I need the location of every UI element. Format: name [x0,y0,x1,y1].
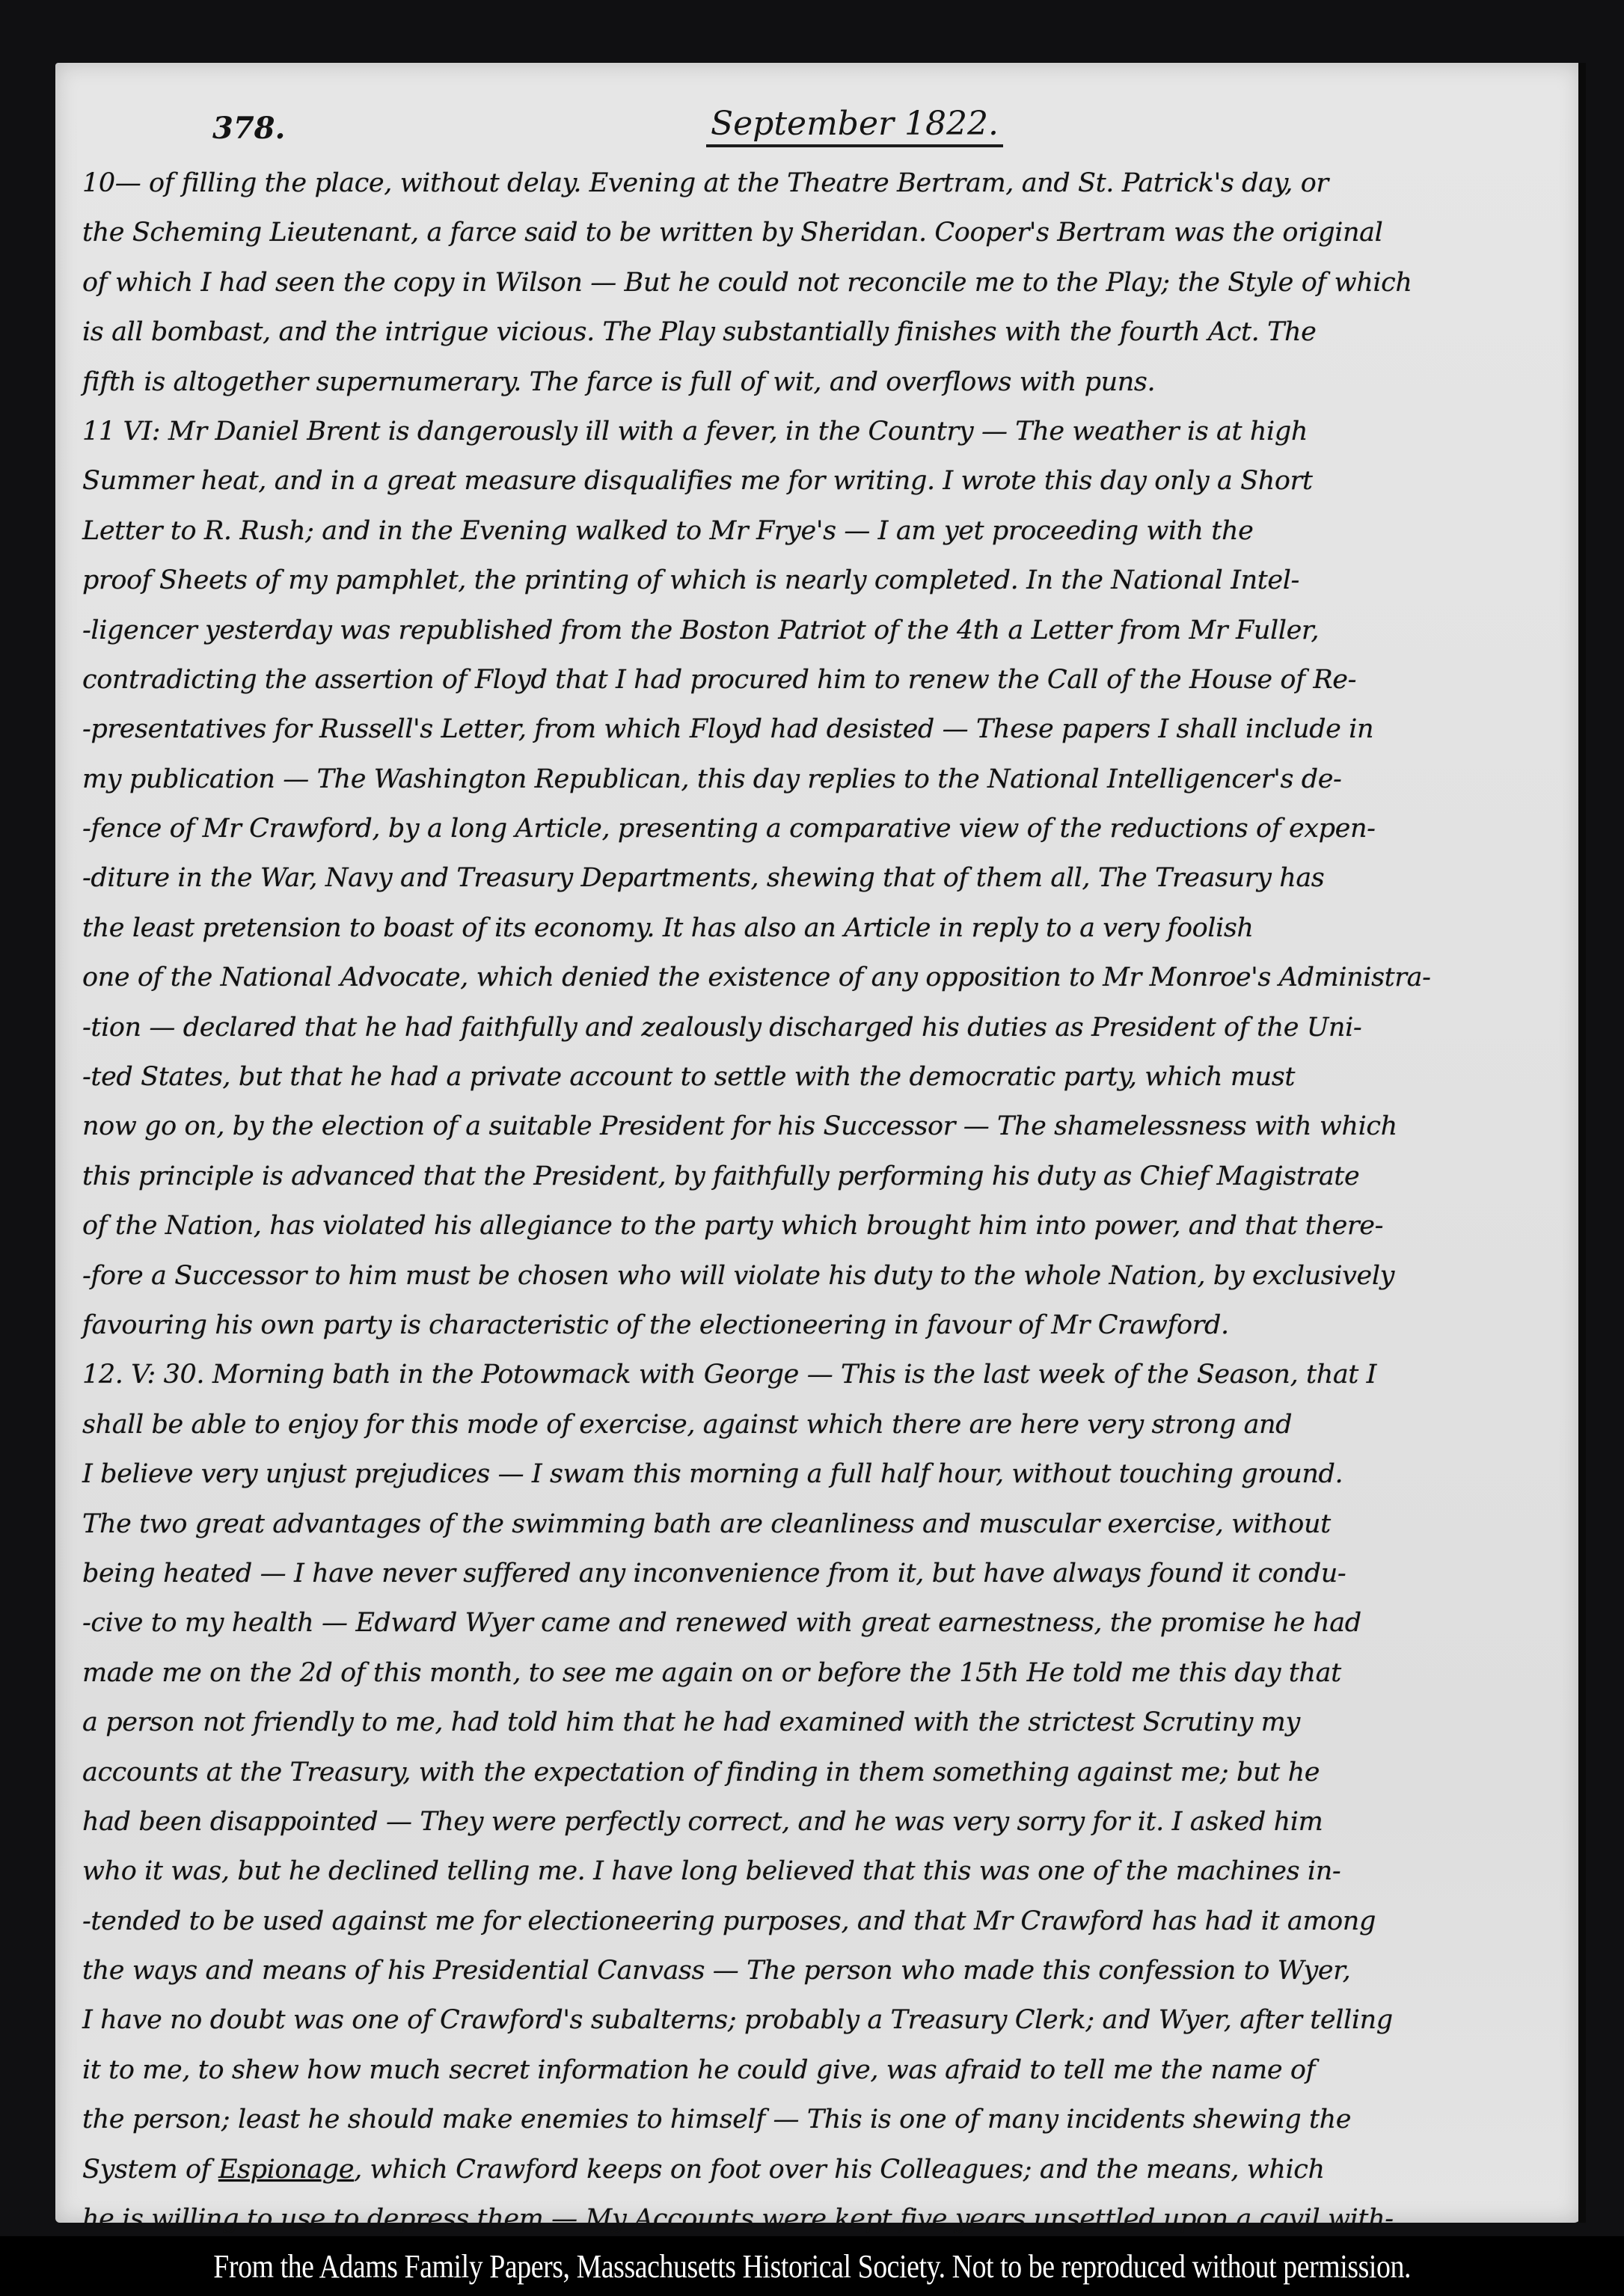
text-line: I have no doubt was one of Crawford's su… [82,1995,1563,2045]
text-line: had been disappointed — They were perfec… [82,1797,1563,1847]
text-line: 10— of filling the place, without delay.… [82,159,1563,208]
text-line: made me on the 2d of this month, to see … [82,1648,1563,1698]
text-line: Letter to R. Rush; and in the Evening wa… [82,506,1563,556]
text-line: the person; least he should make enemies… [82,2095,1563,2144]
text-line: favouring his own party is characteristi… [82,1301,1563,1350]
text-line: the least pretension to boast of its eco… [82,903,1563,953]
text-line: of which I had seen the copy in Wilson —… [82,258,1563,307]
text-line: -cive to my health — Edward Wyer came an… [82,1598,1563,1648]
diary-text: 10— of filling the place, without delay.… [82,159,1563,2294]
text-line: accounts at the Treasury, with the expec… [82,1748,1563,1797]
espionage-line: System of Espionage, which Crawford keep… [82,2145,1563,2194]
text-line: -tion — declared that he had faithfully … [82,1003,1563,1052]
text-line: being heated — I have never suffered any… [82,1549,1563,1598]
text-line: now go on, by the election of a suitable… [82,1102,1563,1151]
entry-line-12: 12. V: 30. Morning bath in the Potowmack… [82,1350,1563,1399]
page-heading: September 1822. [706,105,1003,147]
text-line: The two great advantages of the swimming… [82,1500,1563,1549]
page-number: 378. [212,111,285,146]
text-line: Summer heat, and in a great measure disq… [82,456,1563,506]
text-line: a person not friendly to me, had told hi… [82,1698,1563,1747]
text-line: -presentatives for Russell's Letter, fro… [82,705,1563,754]
text-line: -tended to be used against me for electi… [82,1897,1563,1946]
text-line: my publication — The Washington Republic… [82,755,1563,804]
text-line: proof Sheets of my pamphlet, the printin… [82,556,1563,605]
manuscript-page: 378. September 1822. 10— of filling the … [55,63,1581,2223]
underlined-word: Espionage [218,2155,354,2185]
copyright-caption: From the Adams Family Papers, Massachuse… [213,2247,1411,2286]
text-line: -ted States, but that he had a private a… [82,1052,1563,1102]
text-line: -ligencer yesterday was republished from… [82,606,1563,655]
text-line: who it was, but he declined telling me. … [82,1847,1563,1896]
text-line: one of the National Advocate, which deni… [82,953,1563,1002]
text-line: -fence of Mr Crawford, by a long Article… [82,804,1563,853]
text-line: is all bombast, and the intrigue vicious… [82,307,1563,357]
text-line: I believe very unjust prejudices — I swa… [82,1449,1563,1499]
text-line: fifth is altogether supernumerary. The f… [82,357,1563,407]
copyright-bar: From the Adams Family Papers, Massachuse… [0,2236,1624,2296]
text-line: it to me, to shew how much secret inform… [82,2045,1563,2095]
text-line: the Scheming Lieutenant, a farce said to… [82,208,1563,257]
text-line: this principle is advanced that the Pres… [82,1152,1563,1201]
text-line: shall be able to enjoy for this mode of … [82,1400,1563,1449]
text-line: -fore a Successor to him must be chosen … [82,1251,1563,1301]
text-line: contradicting the assertion of Floyd tha… [82,655,1563,705]
text-line: -diture in the War, Navy and Treasury De… [82,853,1563,903]
entry-line-11: 11 VI: Mr Daniel Brent is dangerously il… [82,407,1563,456]
text-line: the ways and means of his Presidential C… [82,1946,1563,1995]
text-line: of the Nation, has violated his allegian… [82,1201,1563,1250]
